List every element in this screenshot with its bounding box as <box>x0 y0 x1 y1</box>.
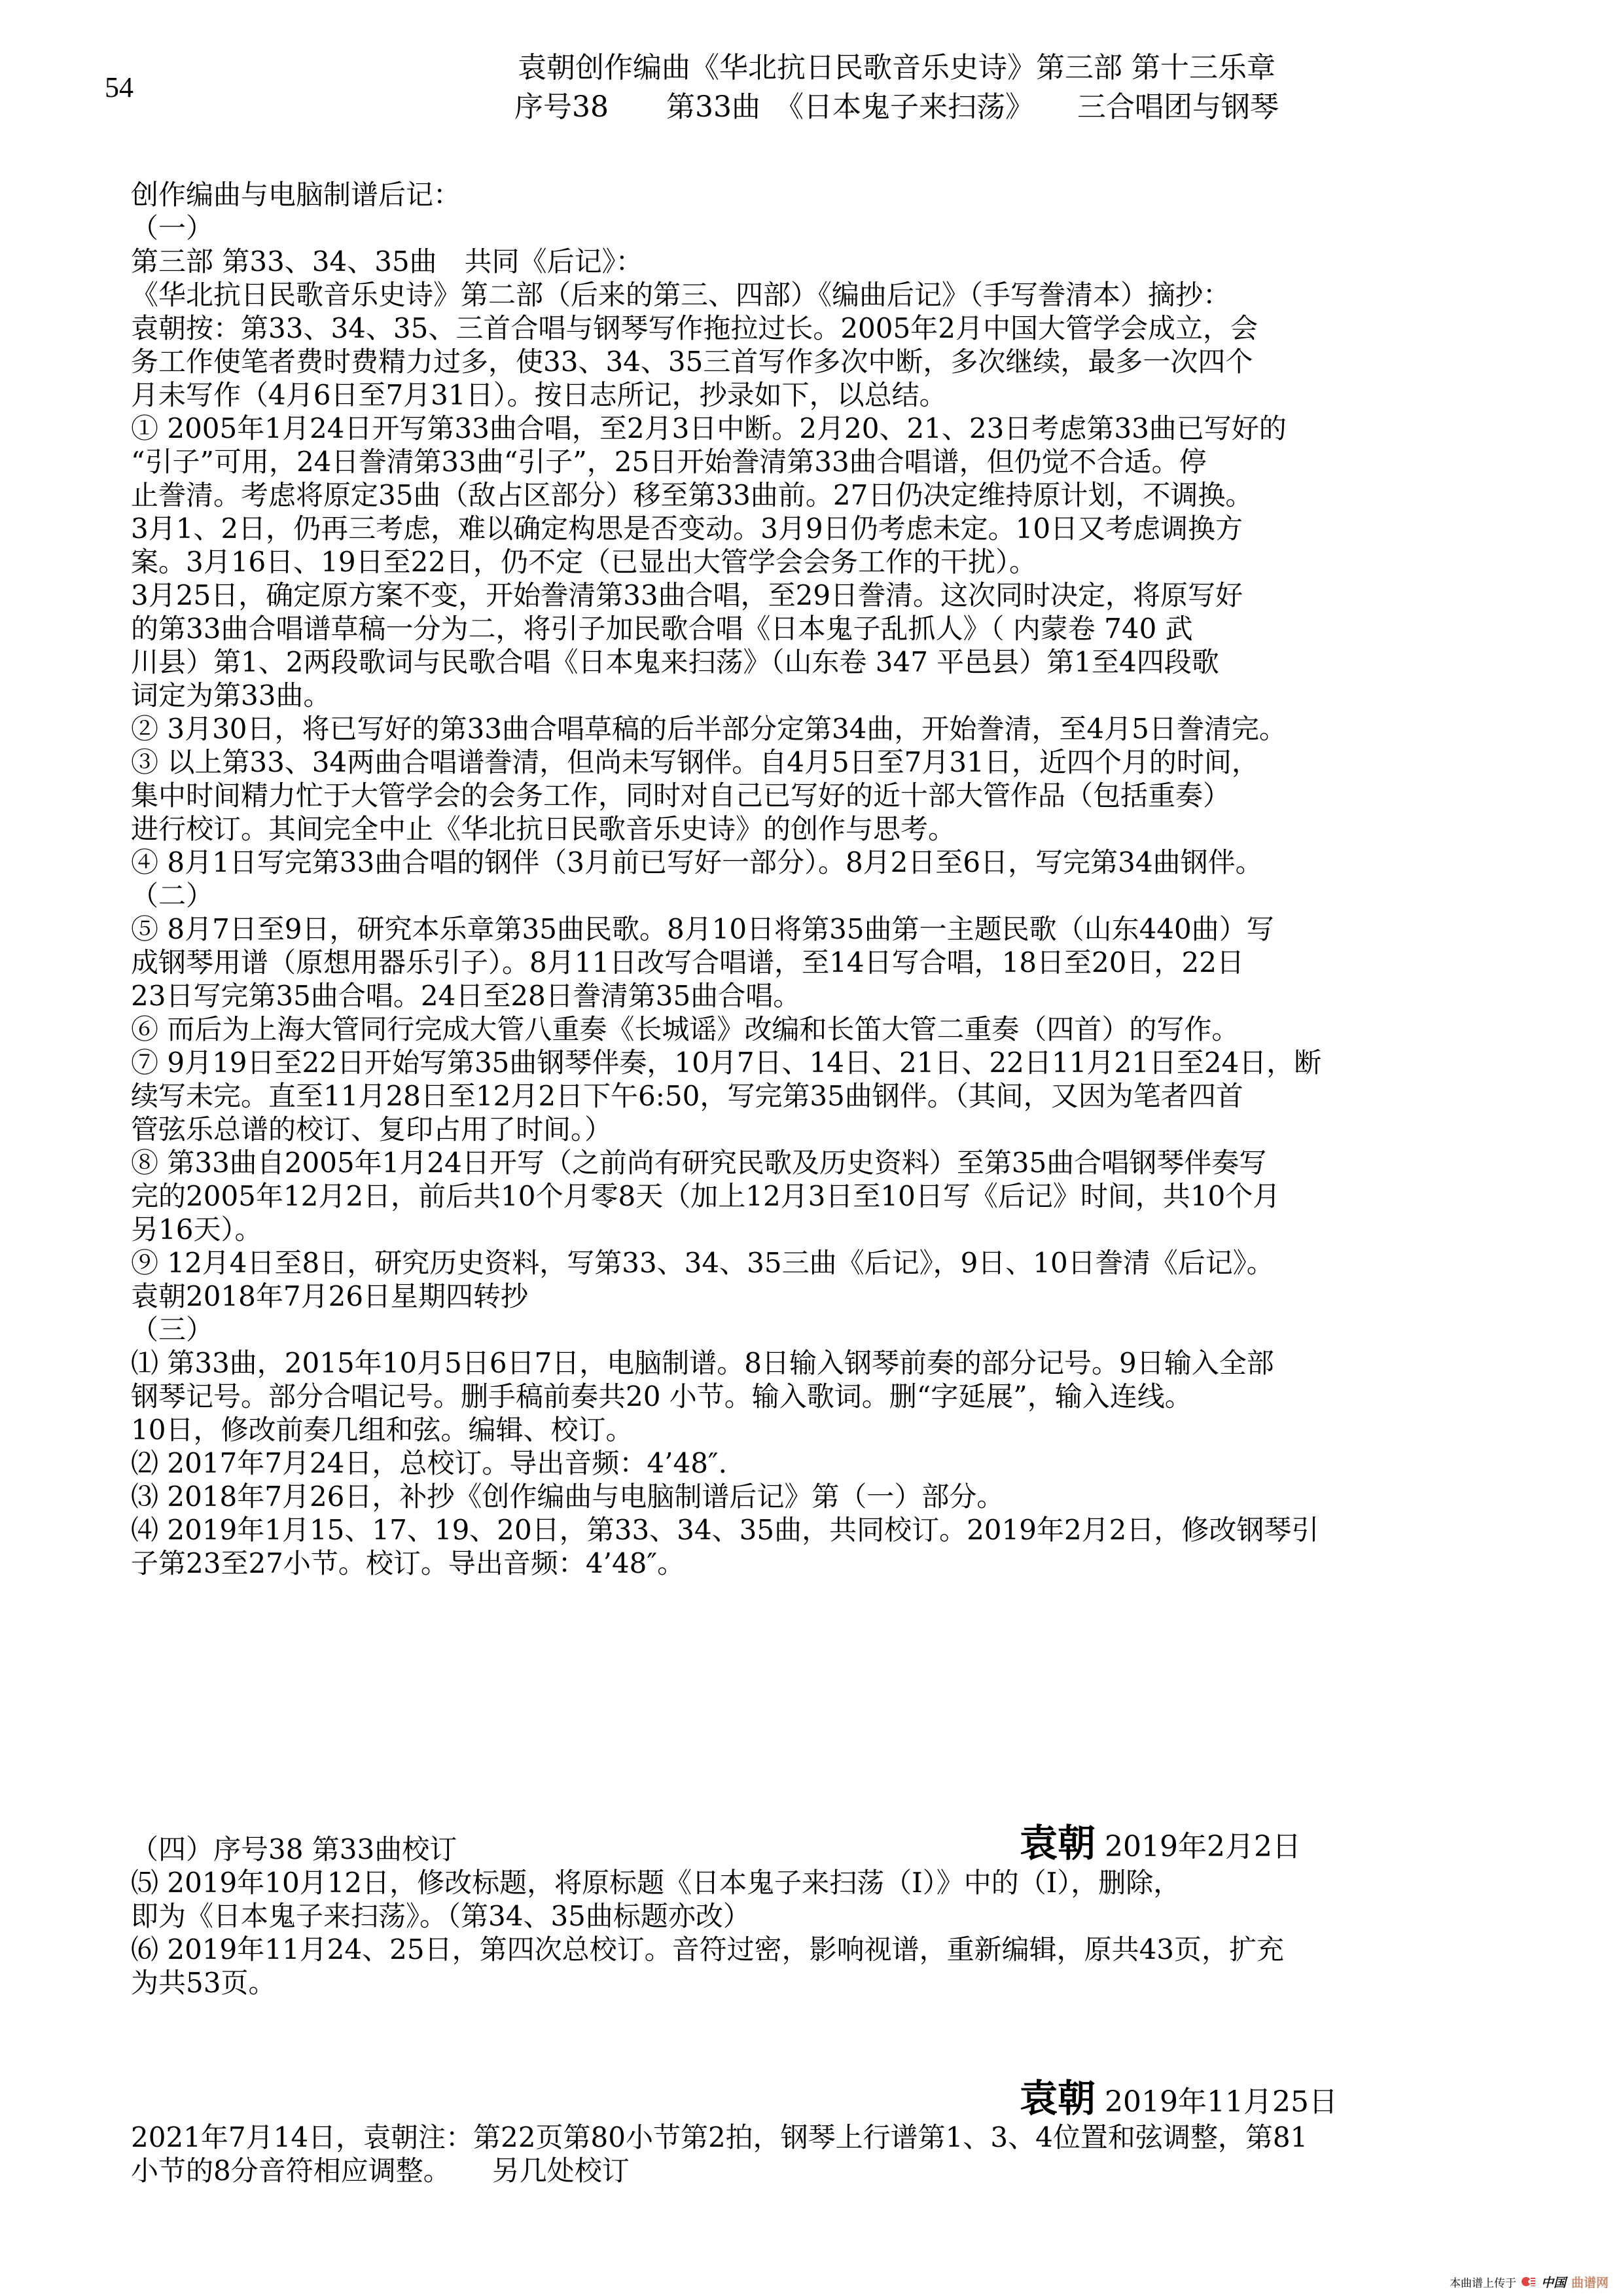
text-line: 3月1、2日，仍再三考虑，难以确定构思是否变动。3月9日仍考虑未定。10日又考虑… <box>131 512 1505 545</box>
text-line: 管弦乐总谱的校订、复印占用了时间。） <box>131 1113 1505 1146</box>
text-line: ① 2005年1月24日开写第33曲合唱，至2月3日中断。2月20、21、23日… <box>131 412 1505 445</box>
text-line: 续写未完。直至11月28日至12月2日下午6:50，写完第35曲钢伴。（其间，又… <box>131 1079 1505 1113</box>
text-line: 袁朝按：第33、34、35、三首合唱与钢琴写作拖拉过长。2005年2月中国大管学… <box>131 312 1505 345</box>
text-line: 月未写作（4月6日至7月31日）。按日志所记，抄录如下，以总结。 <box>131 378 1505 412</box>
text-line: ⑵ 2017年7月24日，总校订。导出音频：4’48″. <box>131 1446 1505 1480</box>
text-line: 词定为第33曲。 <box>131 679 1505 712</box>
text-line: 3月25日，确定原方案不变，开始誊清第33曲合唱，至29日誊清。这次同时决定，将… <box>131 579 1505 612</box>
text-line: ③ 以上第33、34两曲合唱谱誊清，但尚未写钢伴。自4月5日至7月31日，近四个… <box>131 745 1505 779</box>
revision-note: 2021年7月14日，袁朝注：第22页第80小节第2拍，钢琴上行谱第1、3、4位… <box>131 2121 1505 2187</box>
text-line: （四）序号38 第33曲校订 <box>131 1833 1505 1866</box>
text-line: 成钢琴用谱（原想用器乐引子）。8月11日改写合唱谱，至14日写合唱，18日至20… <box>131 946 1505 979</box>
logo-text-qupu: 曲谱网 <box>1571 2273 1609 2291</box>
text-line: ⑴ 第33曲，2015年10月5日6日7日，电脑制谱。8日输入钢琴前奏的部分记号… <box>131 1346 1505 1380</box>
text-line: 另16天）。 <box>131 1213 1505 1246</box>
header-title: 袁朝创作编曲《华北抗日民歌音乐史诗》第三部 第十三乐章 <box>458 51 1335 85</box>
text-line: ④ 8月1日写完第33曲合唱的钢伴（3月前已写好一部分）。8月2日至6日，写完第… <box>131 846 1505 879</box>
text-line: 创作编曲与电脑制谱后记： <box>131 178 1505 211</box>
text-line: ⑶ 2018年7月26日，补抄《创作编曲与电脑制谱后记》第（一）部分。 <box>131 1480 1505 1513</box>
text-line: 子第23至27小节。校订。导出音频：4’48″。 <box>131 1547 1505 1580</box>
text-line: ⑷ 2019年1月15、17、19、20日，第33、34、35曲，共同校订。20… <box>131 1513 1505 1547</box>
text-line: 袁朝2018年7月26日星期四转抄 <box>131 1280 1505 1313</box>
text-line: ⑥ 而后为上海大管同行完成大管八重奏《长城谣》改编和长笛大管二重奏（四首）的写作… <box>131 1013 1505 1046</box>
text-line: ⑨ 12月4日至8日，研究历史资料，写第33、34、35三曲《后记》，9日、10… <box>131 1246 1505 1280</box>
text-line: 23日写完第35曲合唱。24日至28日誊清第35曲合唱。 <box>131 979 1505 1013</box>
text-line: 的第33曲合唱谱草稿一分为二，将引子加民歌合唱《日本鬼子乱抓人》（ 内蒙卷 74… <box>131 612 1505 645</box>
text-line: 小节的8分音符相应调整。 另几处校订 <box>131 2154 1505 2187</box>
logo-text-china: 中国 <box>1541 2273 1566 2291</box>
afterword-body: 创作编曲与电脑制谱后记：（一）第三部 第33、34、35曲 共同《后记》：《华北… <box>131 178 1505 1580</box>
text-line: ⑤ 8月7日至9日，研究本乐章第35曲民歌。8月10日将第35曲第一主题民歌（山… <box>131 912 1505 946</box>
header-subtitle: 序号38 第33曲 《日本鬼子来扫荡》 三合唱团与钢琴 <box>458 90 1335 124</box>
text-line: （一） <box>131 211 1505 245</box>
text-line: ⑹ 2019年11月24、25日，第四次总校订。音符过密，影响视谱，重新编辑，原… <box>131 1933 1505 1966</box>
text-line: 即为《日本鬼子来扫荡》。（第34、35曲标题亦改） <box>131 1899 1505 1933</box>
text-line: 案。3月16日、19日至22日，仍不定（已显出大管学会会务工作的干扰）。 <box>131 545 1505 579</box>
upload-text: 本曲谱上传于 <box>1450 2274 1516 2290</box>
text-line: ⑧ 第33曲自2005年1月24日开写（之前尚有研究民歌及历史资料）至第35曲合… <box>131 1146 1505 1179</box>
text-line: ⑦ 9月19日至22日开始写第35曲钢琴伴奏，10月7日、14日、21日、22日… <box>131 1046 1505 1079</box>
text-line: 止誊清。考虑将原定35曲（敌占区部分）移至第33曲前。27日仍决定维持原计划，不… <box>131 478 1505 512</box>
text-line: 第三部 第33、34、35曲 共同《后记》： <box>131 245 1505 278</box>
text-line: 完的2005年12月2日，前后共10个月零8天（加上12月3日至10日写《后记》… <box>131 1179 1505 1213</box>
signature-name: 袁朝 <box>1020 2076 1096 2121</box>
text-line: 钢琴记号。部分合唱记号。删手稿前奏共20 小节。输入歌词。删“字延展”，输入连线… <box>131 1380 1505 1413</box>
text-line: 进行校订。其间完全中止《华北抗日民歌音乐史诗》的创作与思考。 <box>131 812 1505 846</box>
text-line: “引子”可用，24日誊清第33曲“引子”，25日开始誊清第33曲合唱谱，但仍觉不… <box>131 445 1505 478</box>
text-line: 务工作使笔者费时费精力过多，使33、34、35三首写作多次中断，多次继续，最多一… <box>131 345 1505 378</box>
text-line: 为共53页。 <box>131 1966 1505 2000</box>
text-line: （二） <box>131 879 1505 912</box>
text-line: ② 3月30日，将已写好的第33曲合唱草稿的后半部分定第34曲，开始誊清，至4月… <box>131 712 1505 745</box>
text-line: 集中时间精力忙于大管学会的会务工作，同时对自己已写好的近十部大管作品（包括重奏） <box>131 779 1505 812</box>
text-line: 川县）第1、2两段歌词与民歌合唱《日本鬼来扫荡》（山东卷 347 平邑县）第1至… <box>131 645 1505 679</box>
footer-watermark: 本曲谱上传于 中国 曲谱网 <box>1450 2273 1609 2291</box>
text-line: 《华北抗日民歌音乐史诗》第二部（后来的第三、四部）《编曲后记》（手写誊清本）摘抄… <box>131 278 1505 312</box>
signature-2: 袁朝2019年11月25日 <box>1001 2034 1338 2123</box>
text-line: 2021年7月14日，袁朝注：第22页第80小节第2拍，钢琴上行谱第1、3、4位… <box>131 2121 1505 2154</box>
signature-date: 2019年11月25日 <box>1105 2085 1338 2119</box>
text-line: ⑸ 2019年10月12日，修改标题，将原标题《日本鬼子来扫荡（Ⅰ）》中的（Ⅰ）… <box>131 1866 1505 1899</box>
page-number: 54 <box>105 71 134 104</box>
text-line: （三） <box>131 1313 1505 1346</box>
music-score-logo-icon <box>1522 2276 1536 2288</box>
text-line: 10日，修改前奏几组和弦。编辑、校订。 <box>131 1413 1505 1446</box>
section-four: （四）序号38 第33曲校订⑸ 2019年10月12日，修改标题，将原标题《日本… <box>131 1833 1505 2000</box>
